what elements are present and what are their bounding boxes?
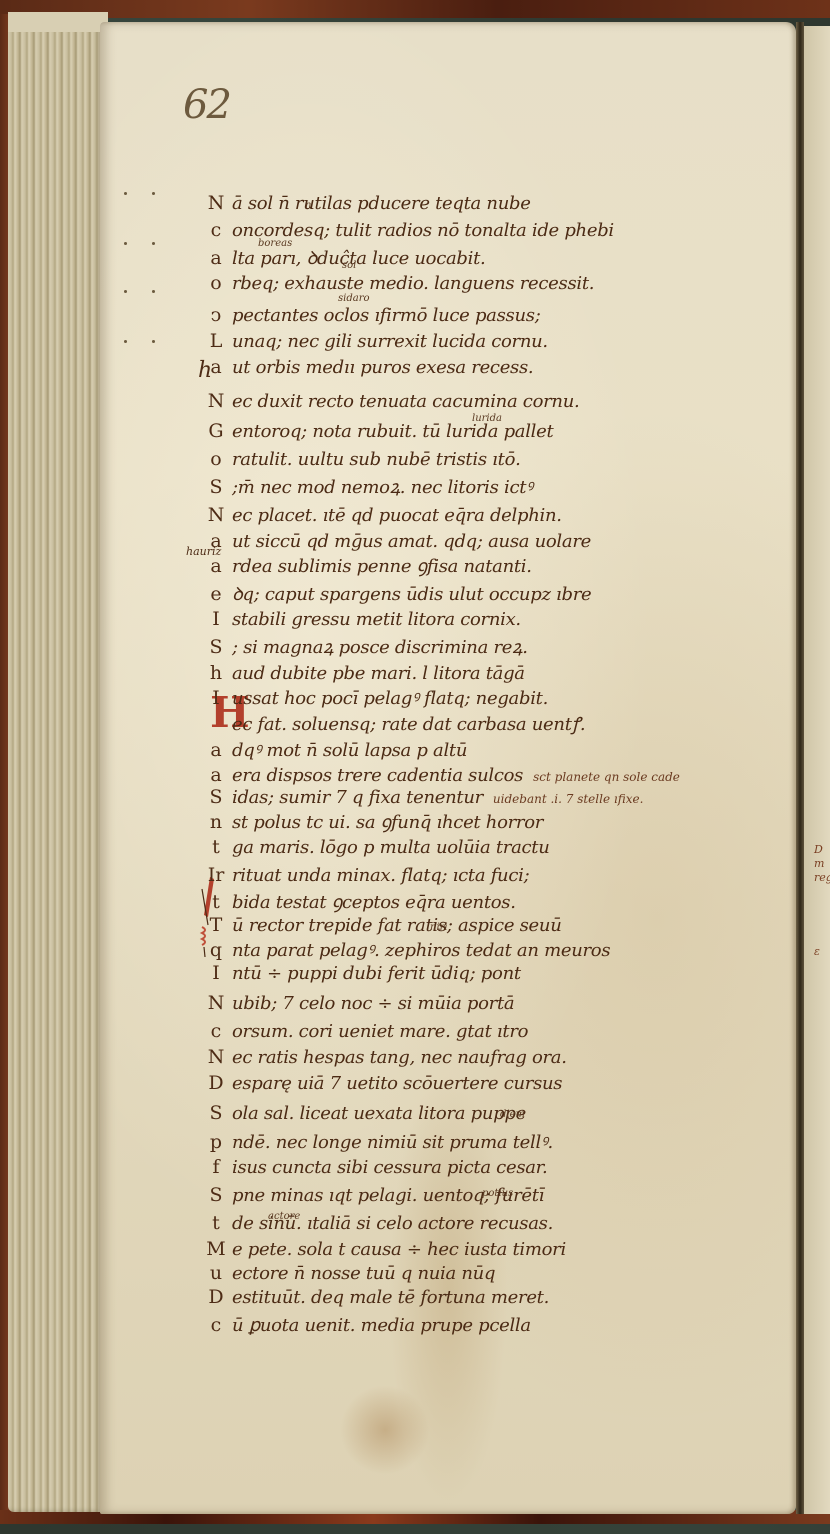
line-initial: h [200, 662, 232, 684]
verse-line: qnta parat pelagꝰ. zephiros tedat an meu… [200, 938, 610, 964]
pricking-mark [152, 192, 155, 195]
line-initial: G [200, 420, 232, 442]
line-initial: I [200, 687, 232, 709]
verse-line: Sidas; sumir 7 q fixa tenenturuidebant .… [200, 786, 643, 812]
verse-text: ec placet. ıtē qd puocat eq̄ra delphin. [232, 505, 562, 526]
verse-text: orsum. cori ueniet mare. gtat ıtro [232, 1021, 528, 1042]
line-initial: e [200, 583, 232, 605]
line-initial: c [200, 1020, 232, 1042]
interlinear-gloss: sol [342, 260, 356, 271]
verse-line: Nā sol n̄ rutilas pducere teqta nube [200, 192, 531, 218]
verse-text: rdea sublimis penne ꝯfisa natanti. [232, 554, 532, 578]
verse-line: Tū rector trepide fat ratis; aspice seuū [200, 914, 562, 940]
verse-line: Nec ratis hespas tang, nec naufrag ora. [200, 1046, 567, 1072]
page-stack [8, 12, 103, 1512]
interlinear-gloss: actore [268, 1211, 300, 1222]
verse-line: Nubib; 7 celo noc ÷ si mūia portā [200, 992, 514, 1018]
verse-text: ut orbis medıı puros exesa recess. [232, 357, 533, 378]
water-stain [340, 1385, 430, 1475]
verse-line: nst polus tc ui. sa ꝯfunq̄ ıhcet horror [200, 810, 543, 836]
verse-line: fisus cuncta sibi cessura picta cesar. [200, 1156, 547, 1182]
verse-text: era dispsos trere cadentia sulcos [232, 765, 523, 786]
verse-line: eꝺq; caput spargens ūdis ulut occupz ıbr… [200, 582, 591, 608]
verse-text: dqꝰ mot n̄ solū lapsa p altū [232, 738, 467, 762]
verse-line: uectore n̄ nosse tuū q nuia nūq [200, 1262, 495, 1288]
pricking-mark [124, 340, 127, 343]
line-initial: Ir [200, 864, 232, 886]
verse-line: pndē. nec longe nimiū sit pruma tellꝰ. [200, 1130, 553, 1156]
line-initial: T [200, 914, 232, 936]
line-initial: q [200, 939, 232, 961]
verse-text: entoroq; nota rubuit. tū lurida pallet [232, 421, 553, 442]
verse-text: estituūt. deq male tē fortuna meret. [232, 1287, 549, 1308]
pricking-mark [152, 290, 155, 293]
verse-line: tbida testat ꝯceptos eq̄ra uentos. [200, 890, 516, 916]
line-initial: N [200, 504, 232, 526]
verse-text: stabili gressu metit litora cornix. [232, 609, 521, 630]
interlinear-gloss: diem [500, 1109, 525, 1120]
verse-text: esparę uiā 7 uetito scōuertere cursus [232, 1073, 562, 1094]
verse-line: aut orbis medıı puros exesa recess. [200, 356, 533, 382]
line-initial: ↄ [200, 304, 232, 326]
verse-line: S; si magnaꝝ posce discrimina reꝝ. [200, 635, 528, 661]
verse-text: aud dubite pbe mari. l litora tāgā [232, 663, 525, 684]
verse-text: ā sol n̄ rutilas pducere teqta nube [232, 193, 531, 214]
verse-line: Nec duxit recto tenuata cacumina cornu. [200, 390, 579, 416]
line-initial: D [200, 1286, 232, 1308]
verse-text: ndē. nec longe nimiū sit pruma tellꝰ. [232, 1130, 553, 1154]
verse-line: Lunaq; nec gili surrexit lucida cornu. [200, 330, 548, 356]
verse-line: Destituūt. deq male tē fortuna meret. [200, 1286, 549, 1312]
verse-line: tde sinū. ıtaliā si celo actore recusas. [200, 1212, 553, 1238]
verse-line: cū ꝑuota uenit. media prupe pcella [200, 1314, 531, 1340]
interlinear-gloss: lurida [472, 413, 502, 424]
verse-text: unaq; nec gili surrexit lucida cornu. [232, 331, 548, 352]
verse-text: ratulit. uultu sub nubē tristis ıtō. [232, 449, 521, 470]
verse-text: ubib; 7 celo noc ÷ si mūia portā [232, 993, 514, 1014]
verse-text: ut siccū qd mḡus amat. qdq; ausa uolare [232, 531, 591, 552]
facing-page-fragment: m [814, 858, 824, 869]
verse-line: corsum. cori ueniet mare. gtat ıtro [200, 1020, 528, 1046]
facing-page-fragment: reg [814, 872, 830, 883]
verse-line: tga maris. lōgo p multa uolūia tractu [200, 836, 550, 862]
verse-text: ū rector trepide fat ratis; aspice seuū [232, 915, 562, 936]
line-initial: a [200, 247, 232, 269]
verse-text: isus cuncta sibi cessura picta cesar. [232, 1157, 547, 1178]
verse-text: ntū ÷ puppi dubi ferit ūdiq; pont [232, 963, 521, 984]
verse-text: ec fat. soluensq; rate dat carbasa uentꝭ… [232, 712, 585, 736]
pricking-mark [152, 242, 155, 245]
line-initial: c [200, 219, 232, 241]
verse-text: ussat hoc pocī pelagꝰ flatq; negabit. [232, 686, 548, 710]
line-initial: f [200, 1156, 232, 1178]
line-initial: S [200, 476, 232, 498]
line-initial: t [200, 836, 232, 858]
verse-text: ec ratis hespas tang, nec naufrag ora. [232, 1047, 567, 1068]
verse-line: Intū ÷ puppi dubi ferit ūdiq; pont [200, 962, 521, 988]
verse-text: e pete. sola t causa ÷ hec iusta timori [232, 1239, 566, 1260]
line-initial: S [200, 786, 232, 808]
verse-line: oratulit. uultu sub nubē tristis ıtō. [200, 448, 521, 474]
line-initial: a [200, 356, 232, 378]
interlinear-gloss: sidaro [338, 293, 370, 304]
pricking-mark [124, 290, 127, 293]
verse-line: Irrituat unda minax. flatq; ıcta fuci; [200, 864, 529, 890]
facing-page-edge: D m reg ɛ [804, 26, 830, 1514]
line-initial: M [200, 1238, 232, 1260]
line-initial: L [200, 330, 232, 352]
verse-text: ;m̄ nec mod nemoꝝ. nec litoris ictꝰ [232, 475, 533, 499]
verse-line: aut siccū qd mḡus amat. qdq; ausa uolare [200, 530, 591, 556]
pricking-mark [152, 340, 155, 343]
binding-top-edge [0, 0, 830, 18]
line-initial: a [200, 530, 232, 552]
line-initial: t [200, 1212, 232, 1234]
line-initial: t [200, 891, 232, 913]
verse-text: rbeq; exhauste medio. languens recessit. [232, 273, 594, 294]
folio-number: 62 [183, 82, 230, 128]
verse-text: ga maris. lōgo p multa uolūia tractu [232, 837, 550, 858]
verse-text: ꝺq; caput spargens ūdis ulut occupz ıbre [232, 582, 591, 606]
line-initial: N [200, 390, 232, 412]
verse-line: ardea sublimis penne ꝯfisa natanti. [200, 554, 532, 580]
verse-text: st polus tc ui. sa ꝯfunq̄ ıhcet horror [232, 810, 543, 834]
line-initial: p [200, 1131, 232, 1153]
verse-text: bida testat ꝯceptos eq̄ra uentos. [232, 890, 516, 914]
facing-page-fragment: D [814, 844, 823, 855]
line-initial: I [200, 608, 232, 630]
verse-line: ↄpectantes oclos ıfirmō luce passus; [200, 304, 540, 330]
verse-line: Sola sal. liceat uexata litora puppe [200, 1102, 526, 1128]
pricking-mark [124, 242, 127, 245]
line-initial: a [200, 739, 232, 761]
verse-line: Istabili gressu metit litora cornix. [200, 608, 521, 634]
line-initial: u [200, 1262, 232, 1284]
verse-line: Nec placet. ıtē qd puocat eq̄ra delphin. [200, 504, 562, 530]
verse-line: S;m̄ nec mod nemoꝝ. nec litoris ictꝰ [200, 475, 533, 501]
interlinear-gloss: niri [430, 922, 448, 933]
line-initial: a [200, 764, 232, 786]
line-initial: c [200, 1314, 232, 1336]
line-initial: S [200, 1102, 232, 1124]
verse-text: nta parat pelagꝰ. zephiros tedat an meur… [232, 938, 610, 962]
line-initial: a [200, 555, 232, 577]
verse-line: Iussat hoc pocī pelagꝰ flatq; negabit. [200, 686, 548, 712]
verse-line: orbeq; exhauste medio. languens recessit… [200, 272, 594, 298]
verse-text: ola sal. liceat uexata litora puppe [232, 1103, 526, 1124]
facing-page-fragment: ɛ [814, 946, 820, 957]
marginal-gloss: sct planete qn sole cade [533, 770, 680, 784]
interlinear-gloss: boreas [258, 238, 292, 249]
line-initial: N [200, 192, 232, 214]
line-initial: S [200, 636, 232, 658]
verse-text: idas; sumir 7 q fixa tenentur [232, 787, 483, 808]
verse-text: rituat unda minax. flatq; ıcta fuci; [232, 865, 529, 886]
verse-text: lta parı, ꝺduĉta luce uocabit. [232, 246, 485, 270]
verse-text: ; si magnaꝝ posce discrimina reꝝ. [232, 635, 528, 659]
marginal-gloss: uidebant .i. 7 stelle ıfixe. [493, 792, 643, 806]
line-initial: o [200, 448, 232, 470]
verse-line: Me pete. sola t causa ÷ hec iusta timori [200, 1238, 566, 1264]
verse-line: Hec fat. soluensq; rate dat carbasa uent… [200, 712, 585, 738]
verse-line: Desparę uiā 7 uetito scōuertere cursus [200, 1072, 562, 1098]
line-initial: D [200, 1072, 232, 1094]
pricking-mark [124, 192, 127, 195]
gutter [796, 22, 804, 1514]
verse-line: adqꝰ mot n̄ solū lapsa p altū [200, 738, 467, 764]
page-stack-top [8, 12, 108, 32]
interlinear-gloss: potius [482, 1188, 513, 1199]
line-initial: N [200, 992, 232, 1014]
line-initial: o [200, 272, 232, 294]
verse-text: pectantes oclos ıfirmō luce passus; [232, 305, 540, 326]
verse-line: haud dubite pbe mari. l litora tāgā [200, 662, 525, 688]
verse-text: ectore n̄ nosse tuū q nuia nūq [232, 1263, 495, 1284]
interlinear-gloss: n [305, 200, 311, 211]
line-initial: I [200, 962, 232, 984]
line-initial: S [200, 1184, 232, 1206]
verse-text: ū ꝑuota uenit. media prupe pcella [232, 1315, 531, 1336]
line-initial: n [200, 811, 232, 833]
verse-text: ec duxit recto tenuata cacumina cornu. [232, 391, 579, 412]
line-initial: N [200, 1046, 232, 1068]
